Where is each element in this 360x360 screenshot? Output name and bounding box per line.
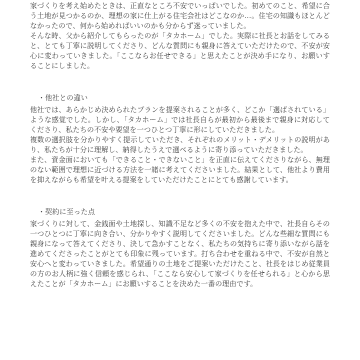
section-paragraph: 複数の選択肢を分かりやすく提示していただき、それぞれのメリット・デメリットの説明… [30, 135, 330, 155]
section-heading: ・他社との違い [30, 93, 330, 103]
section-paragraph: また、資金面においても「できること・できないこと」を正直に伝えてくださりながら、… [30, 155, 330, 185]
section-paragraph: 他社では、あらかじめ決められたプランを提案されることが多く、どこか「選ばされてい… [30, 105, 330, 135]
intro-block: 家づくりを考え始めたときは、正直なところ不安でいっぱいでした。初めてのこと、希望… [30, 1, 330, 71]
document-page: 家づくりを考え始めたときは、正直なところ不安でいっぱいでした。初めてのこと、希望… [0, 0, 360, 360]
section-differences: ・他社との違い 他社では、あらかじめ決められたプランを提案されることが多く、どこ… [30, 93, 330, 185]
intro-paragraph: そんな時、父から紹介してもらったのが「タカホーム」でした。実際に社長とお話をして… [30, 31, 330, 71]
intro-paragraph: 家づくりを考え始めたときは、正直なところ不安でいっぱいでした。初めてのこと、希望… [30, 1, 330, 31]
section-contract-reason: ・契約に至った点 家づくりに対して、金銭面や土地探し、知識不足など多くの不安を抱… [30, 207, 330, 289]
section-heading: ・契約に至った点 [30, 207, 330, 217]
section-paragraph: 家づくりに対して、金銭面や土地探し、知識不足など多くの不安を抱えた中で、社長自ら… [30, 219, 330, 289]
